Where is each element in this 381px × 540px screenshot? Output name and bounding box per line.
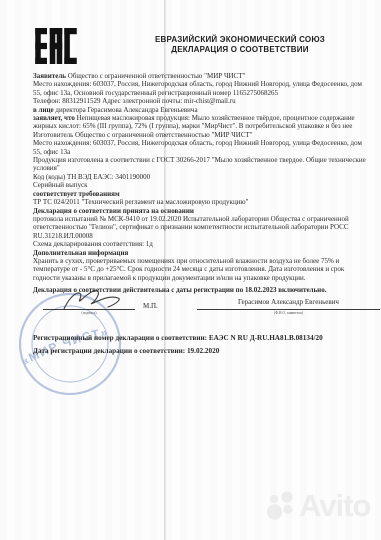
registration-date-label: Дата регистрации декларации о соответств… bbox=[33, 347, 185, 355]
document-header: ЕВРАЗИЙСКИЙ ЭКОНОМИЧЕСКИЙ СОЮЗ ДЕКЛАРАЦИ… bbox=[108, 35, 372, 54]
para-gost: Продукция изготовлена в соответствии с Г… bbox=[33, 156, 367, 173]
registration-date-row: Дата регистрации декларации о соответств… bbox=[33, 347, 373, 355]
para-manufacturer-address: Место нахождения: 603037, Россия, Нижего… bbox=[33, 139, 367, 156]
para-text: Код (коды) ТН ВЭД ЕАЭС: 3401190000 bbox=[33, 173, 150, 181]
declaration-document-scan: ЕВРАЗИЙСКИЙ ЭКОНОМИЧЕСКИЙ СОЮЗ ДЕКЛАРАЦИ… bbox=[0, 0, 381, 540]
registration-date-value: 19.02.2020 bbox=[187, 347, 219, 355]
para-serial: Серийный выпуск bbox=[33, 181, 367, 189]
stamp-place-label: М.П. bbox=[143, 302, 158, 310]
para-text: Хранить в сухих, проветриваемых помещени… bbox=[33, 257, 344, 282]
para-text: Непищевая масложировая продукция: Мыло х… bbox=[33, 114, 355, 130]
para-applicant: Заявитель Общество с ограниченной ответс… bbox=[33, 72, 367, 80]
para-scheme: Схема декларирования соответствия: 1д bbox=[33, 240, 367, 248]
para-text: Место нахождения: 603037, Россия, Нижего… bbox=[33, 139, 362, 155]
para-text: протокола испытаний № МСК-9410 от 19.02.… bbox=[33, 215, 349, 240]
signature-line bbox=[43, 309, 135, 310]
para-text: Телефон: 88312911529 Адрес электронной п… bbox=[33, 97, 236, 105]
avito-watermark-text: Avito bbox=[299, 488, 370, 524]
signature-caption: (подпись) bbox=[43, 311, 135, 315]
para-lead: в лице bbox=[33, 106, 55, 114]
eac-mark-icon bbox=[35, 28, 77, 64]
para-lead: заявляет, что bbox=[33, 114, 77, 122]
registration-number-row: Регистрационный номер декларации о соотв… bbox=[33, 334, 373, 342]
para-text: Общество с ограниченной ответственностью… bbox=[68, 72, 246, 80]
para-additional-heading: Дополнительная информация bbox=[33, 249, 367, 257]
para-lead: Заявитель bbox=[33, 72, 68, 80]
para-director: в лице директора Герасимова Александра Е… bbox=[33, 106, 367, 114]
para-complies-heading: соответствует требованиям bbox=[33, 190, 367, 198]
para-tr-ts: ТР ТС 024/2011 "Технический регламент на… bbox=[33, 198, 367, 206]
para-tnved-code: Код (коды) ТН ВЭД ЕАЭС: 3401190000 bbox=[33, 173, 367, 181]
header-doc-title: ДЕКЛАРАЦИЯ О СООТВЕТСТВИИ bbox=[108, 45, 372, 55]
para-test-protocol: протокола испытаний № МСК-9410 от 19.02.… bbox=[33, 215, 367, 240]
registration-number-label: Регистрационный номер декларации о соотв… bbox=[33, 334, 207, 342]
para-lead: Декларация о соответствии принята на осн… bbox=[33, 207, 194, 215]
para-contacts: Телефон: 88312911529 Адрес электронной п… bbox=[33, 97, 367, 105]
para-applicant-address: Место нахождения: 603037, Россия, Нижего… bbox=[33, 80, 367, 97]
para-basis-heading: Декларация о соответствии принята на осн… bbox=[33, 207, 367, 215]
para-text: Изготовитель Общество с ограниченной отв… bbox=[33, 131, 253, 139]
para-product: заявляет, что Непищевая масложировая про… bbox=[33, 114, 367, 131]
declarant-name: Герасимов Александр Евгеньевич bbox=[197, 298, 380, 306]
para-text: Продукция изготовлена в соответствии с Г… bbox=[33, 156, 366, 172]
declarant-name-line bbox=[197, 309, 380, 310]
avito-watermark: Avito bbox=[266, 488, 370, 524]
avito-logo-icon bbox=[266, 490, 296, 522]
para-text: Схема декларирования соответствия: 1д bbox=[33, 240, 153, 248]
para-manufacturer: Изготовитель Общество с ограниченной отв… bbox=[33, 131, 367, 139]
registration-number-value: ЕАЭС N RU Д-RU.НА81.В.08134/20 bbox=[209, 334, 323, 342]
para-text: Серийный выпуск bbox=[33, 181, 88, 189]
declarant-name-caption: (Ф.И.О. заявителя) bbox=[197, 311, 380, 315]
para-text: ТР ТС 024/2011 "Технический регламент на… bbox=[33, 198, 249, 206]
para-text: Место нахождения: 603037, Россия, Нижего… bbox=[33, 80, 362, 96]
para-lead: Дополнительная информация bbox=[33, 249, 128, 257]
para-lead: соответствует требованиям bbox=[33, 190, 120, 198]
header-union-name: ЕВРАЗИЙСКИЙ ЭКОНОМИЧЕСКИЙ СОЮЗ bbox=[108, 35, 372, 45]
document-body: Заявитель Общество с ограниченной ответс… bbox=[33, 72, 367, 295]
para-text: директора Герасимова Александра Евгеньев… bbox=[55, 106, 197, 114]
para-storage: Хранить в сухих, проветриваемых помещени… bbox=[33, 257, 367, 282]
